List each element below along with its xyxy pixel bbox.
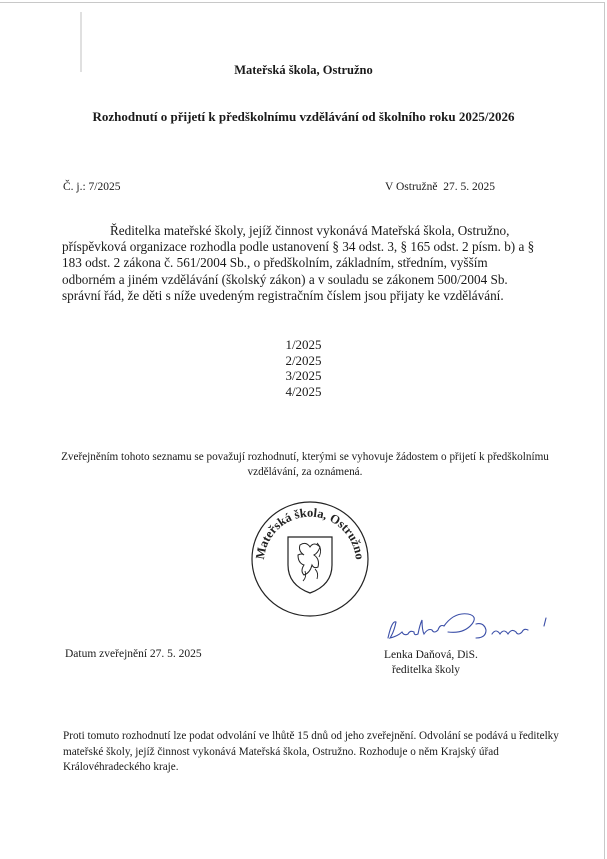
document-title: Rozhodnutí o přijetí k předškolnímu vzdě…: [0, 109, 607, 125]
decision-paragraph: Ředitelka mateřské školy, jejíž činnost …: [62, 223, 542, 304]
stamp-text: Mateřská škola, Ostružno: [253, 506, 367, 561]
publication-date: Datum zveřejnění 27. 5. 2025: [65, 648, 202, 660]
handwritten-signature: [380, 610, 560, 650]
school-stamp: Mateřská škola, Ostružno: [245, 497, 375, 619]
school-name-heading: Mateřská škola, Ostružno: [0, 63, 607, 78]
registration-number: 2/2025: [0, 353, 607, 369]
reference-number: Č. j.: 7/2025: [63, 181, 121, 193]
registration-number: 4/2025: [0, 384, 607, 400]
signer-name: Lenka Daňová, DiS.: [384, 648, 478, 663]
registration-number-list: 1/2025 2/2025 3/2025 4/2025: [0, 337, 607, 399]
signer-block: Lenka Daňová, DiS. ředitelka školy: [384, 648, 478, 678]
publication-notice: Zveřejněním tohoto seznamu se považují r…: [60, 450, 550, 480]
registration-number: 1/2025: [0, 337, 607, 353]
appeal-instructions: Proti tomuto rozhodnutí lze podat odvolá…: [63, 729, 563, 776]
registration-number: 3/2025: [0, 368, 607, 384]
signer-role: ředitelka školy: [384, 663, 478, 678]
coat-of-arms-icon: [288, 537, 332, 593]
place-and-date: V Ostružně 27. 5. 2025: [385, 181, 495, 193]
